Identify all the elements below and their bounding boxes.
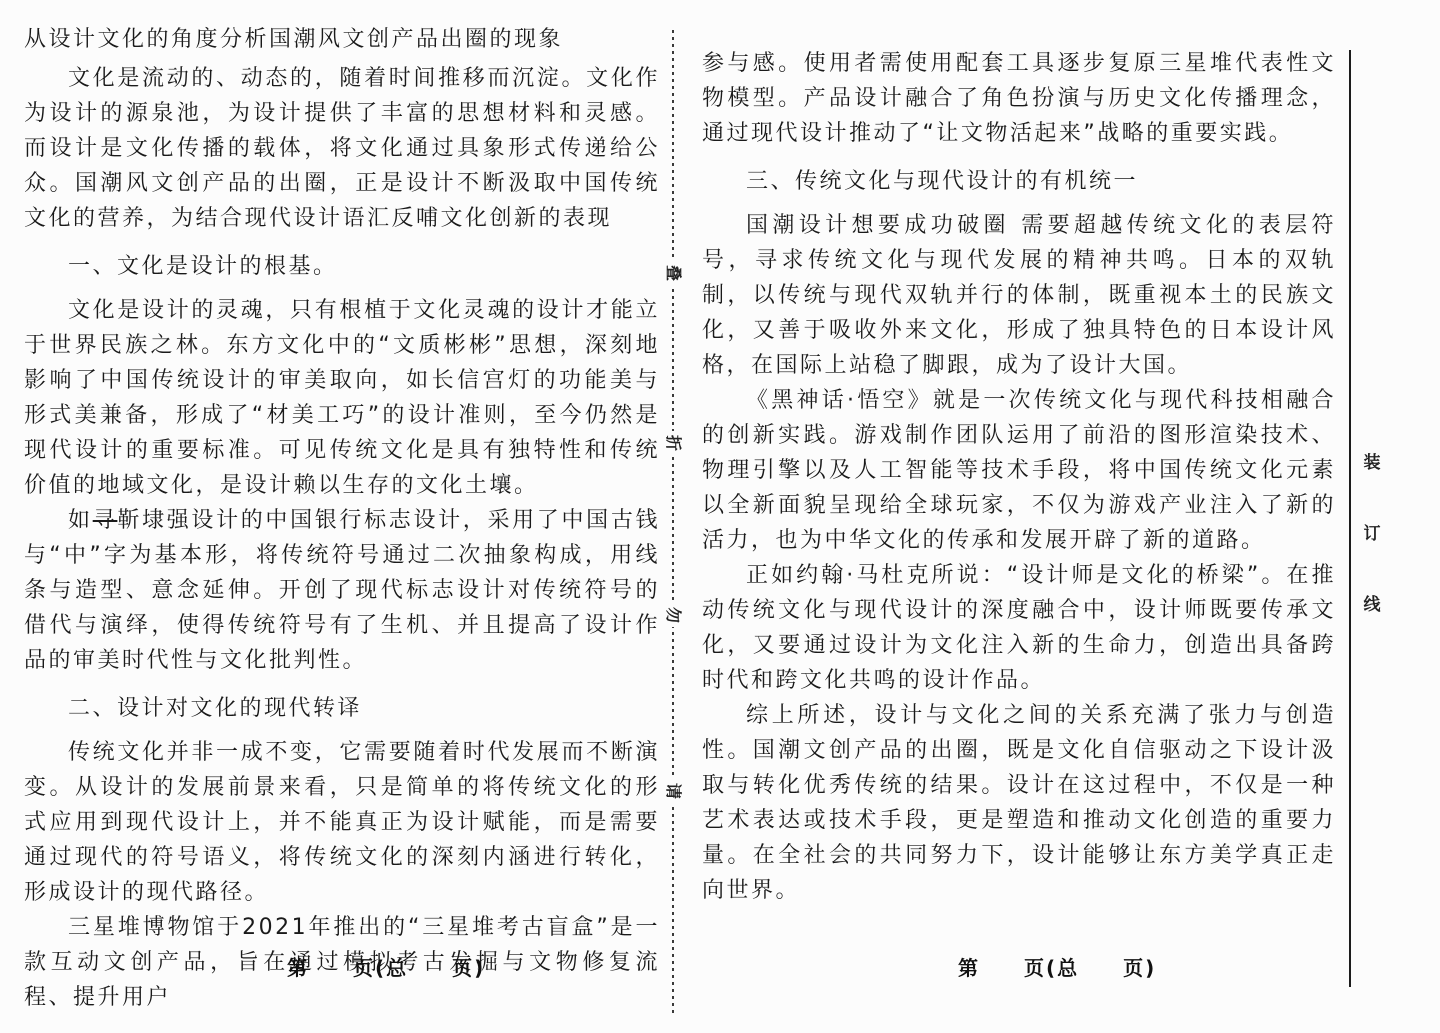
binding-label-char-xian: 线	[1360, 590, 1384, 615]
fold-label-char-qing: 请	[658, 779, 688, 803]
fold-label-char-zhe: 折	[658, 431, 688, 455]
section-heading-3: 三、传统文化与现代设计的有机统一	[702, 164, 1336, 199]
paragraph-black-myth-wukong: 《黑神话·悟空》就是一次传统文化与现代科技相融合的创新实践。游戏制作团队运用了前…	[702, 383, 1336, 558]
left-page-number-footer: 第 页(总 页)	[287, 952, 485, 981]
scanned-answer-sheet: { "page_left": { "title": "从设计文化的角度分析国潮风…	[0, 0, 1440, 1033]
right-page-number-footer: 第 页(总 页)	[958, 952, 1156, 981]
paragraph-guochao-breakout: 国潮设计想要成功破圈 需要超越传统文化的表层符号，寻求传统文化与现代发展的精神共…	[702, 208, 1336, 383]
fold-label-char-wu: 勿	[658, 603, 688, 627]
paragraph-bank-logo: 如寻靳埭强设计的中国银行标志设计，采用了中国古钱与“中”字为基本形，将传统符号通…	[24, 503, 660, 678]
paragraph-conclusion: 综上所述，设计与文化之间的关系充满了张力与创造性。国潮文创产品的出圈，既是文化自…	[702, 698, 1336, 908]
binding-label-char-ding: 订	[1360, 519, 1384, 544]
paragraph-sanxingdui-continued: 参与感。使用者需使用配套工具逐步复原三星堆代表性文物模型。产品设计融合了角色扮演…	[702, 46, 1336, 151]
paragraph-bank-logo-start: 如	[68, 508, 93, 533]
section-heading-2: 二、设计对文化的现代转译	[24, 691, 660, 726]
struck-out-character: 寻	[93, 508, 118, 533]
paragraph-designer-bridge-quote: 正如约翰·马杜克所说：“设计师是文化的桥梁”。在推动传统文化与现代设计的深度融合…	[702, 558, 1336, 698]
paragraph-intro: 文化是流动的、动态的，随着时间推移而沉淀。文化作为设计的源泉池，为设计提供了丰富…	[24, 61, 660, 236]
paragraph-bank-logo-rest: 靳埭强设计的中国银行标志设计，采用了中国古钱与“中”字为基本形，将传统符号通过二…	[24, 508, 660, 673]
paragraph-culture-root: 文化是设计的灵魂，只有根植于文化灵魂的设计才能立于世界民族之林。东方文化中的“文…	[24, 293, 660, 503]
essay-title: 从设计文化的角度分析国潮风文创产品出圈的现象	[24, 22, 660, 57]
binding-line	[1349, 50, 1351, 987]
right-page: 参与感。使用者需使用配套工具逐步复原三星堆代表性文物模型。产品设计融合了角色扮演…	[702, 46, 1336, 908]
fold-label-char-die: 叠	[658, 261, 688, 285]
paragraph-modern-translation: 传统文化并非一成不变，它需要随着时代发展而不断演变。从设计的发展前景来看，只是简…	[24, 735, 660, 910]
center-fold-dotted-line	[672, 30, 674, 1015]
binding-label-char-zhuang: 装	[1360, 448, 1384, 473]
binding-line-label: 装 订 线	[1360, 448, 1384, 661]
section-heading-1: 一、文化是设计的根基。	[24, 249, 660, 284]
left-page: 从设计文化的角度分析国潮风文创产品出圈的现象 文化是流动的、动态的，随着时间推移…	[24, 22, 660, 1015]
